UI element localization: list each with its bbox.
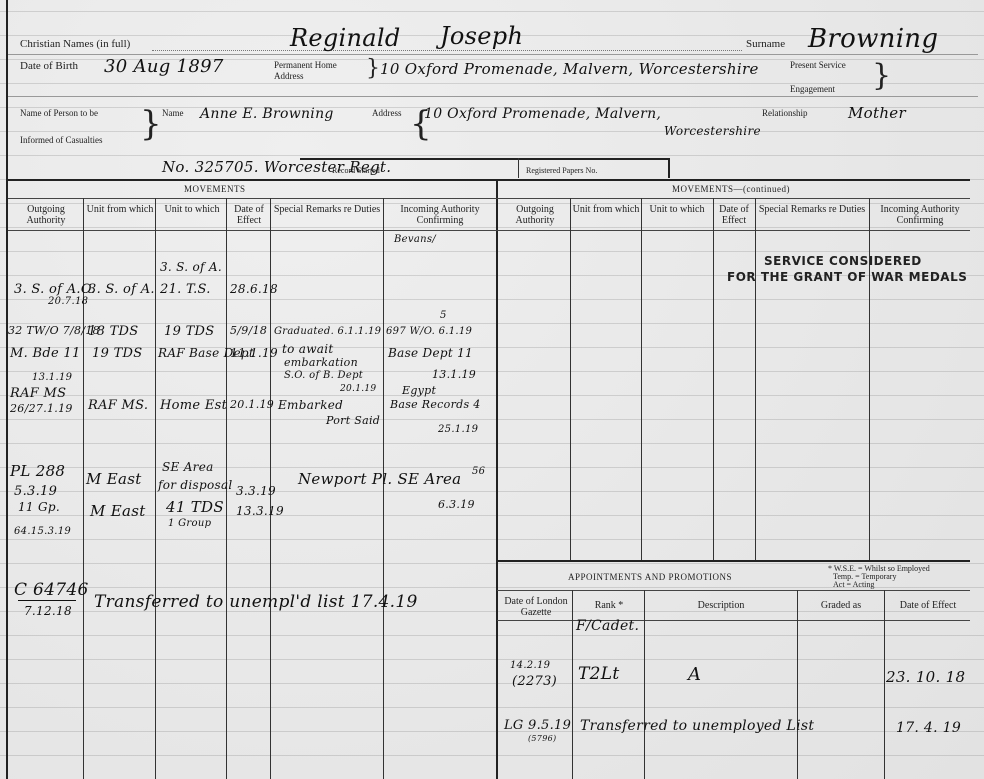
nok-address-label: Address [372,108,402,118]
col-divider [644,590,645,779]
col-divider [383,198,384,779]
movement-from: 3. S. of A. [88,282,155,297]
movement-outgoing-4: 64.15.3.19 [14,526,71,537]
col-graded-as: Graded as [798,600,884,611]
appointment-gazette: 14.2.19 [510,660,550,671]
appointments-header-bottom-rule [497,620,970,621]
col-divider [641,198,642,560]
col-special-remarks: Special Remarks re Duties [272,204,382,215]
col-unit-from: Unit from which [86,204,154,215]
col-divider [755,198,756,560]
col-divider [797,590,798,779]
legend-act: Act = Acting [833,580,874,589]
col-divider [869,198,870,560]
movement-incoming: Egypt [402,384,436,397]
christian-name-1: Reginald [290,24,401,52]
movement-from: 19 TDS [92,346,142,361]
movement-to: Home Est [160,398,227,413]
war-medals-stamp-line-2: FOR THE GRANT OF WAR MEDALS [727,270,967,284]
movement-outgoing-2: 5.3.19 [14,484,57,499]
appointments-subhead-rule [497,590,970,591]
war-medals-stamp-line-1: SERVICE CONSIDERED [764,254,922,268]
movement-incoming: Bevans/ [394,234,436,245]
movement-to: SE Area [162,460,214,474]
nok-address-line-2: Worcestershire [664,124,761,138]
movement-incoming-3: 25.1.19 [438,424,478,435]
col-unit-to: Unit to which [158,204,226,215]
movement-outgoing: M. Bde 11 [10,346,81,361]
movement-from-2: M East [90,502,146,520]
registered-papers-label: Registered Papers No. [526,166,597,175]
engagement-label: Engagement [790,84,835,94]
movement-outgoing-3: 26/27.1.19 [10,402,73,415]
appointments-top-rule [497,560,970,562]
col-divider [884,590,885,779]
christian-name-2: Joseph [440,22,523,50]
movement-incoming: 5 [440,310,447,321]
col-unit-from-cont: Unit from which [572,204,640,215]
movement-incoming-2: 13.1.19 [432,368,476,381]
movement-outgoing: 32 TW/O 7/8/18 [8,324,100,337]
appointment-gazette-ref: (2273) [512,674,557,689]
col-date-of-effect-appt: Date of Effect [886,600,970,611]
movement-date: 11.1.19 [230,346,278,360]
col-divider [713,198,714,560]
home-address-label: Permanent Home [274,60,337,70]
movement-outgoing: 13.1.19 [32,372,72,383]
movement-remarks: Newport Pl. SE Area [298,470,461,488]
movement-incoming-2: 697 W/O. 6.1.19 [386,326,472,337]
christian-names-label: Christian Names (in full) [20,38,130,50]
movement-outgoing: PL 288 [10,462,65,480]
col-outgoing-authority-cont: Outgoing Authority [500,204,570,226]
movement-remarks: Transferred to unempl'd list 17.4.19 [94,592,418,612]
movement-to-2: 21. T.S. [160,282,211,297]
movement-date: 28.6.18 [230,282,278,296]
person-informed-label: Name of Person to be [20,108,98,118]
movement-remarks: Graduated. 6.1.1.19 [274,326,381,337]
person-informed-label-2: Informed of Casualties [20,135,102,145]
nok-name-value: Anne E. Browning [200,106,334,122]
person-informed-brace: } [140,104,162,144]
home-address-brace: } [366,56,380,81]
appointment-rank: F/Cadet. [576,618,639,634]
movement-from: RAF MS. [88,398,148,413]
col-unit-to-cont: Unit to which [642,204,712,215]
movement-outgoing-3: 11 Gp. [18,500,60,514]
relationship-value: Mother [848,104,906,122]
appointment-description: A [688,664,701,685]
surname-label: Surname [746,38,785,50]
nok-name-label: Name [162,108,184,118]
movements-title: MOVEMENTS [184,184,246,194]
header-rule-1 [8,54,978,55]
fraction-bar [18,600,76,601]
col-divider [570,198,571,560]
movement-to-2: for disposal [158,478,233,492]
movement-incoming: Base Dept 11 [388,346,473,360]
record-started-label: Record Started [332,166,380,175]
col-rank: Rank * [574,600,644,611]
movements-header-bottom-rule [8,230,970,231]
record-box-right [668,158,670,178]
record-box-divider [518,158,519,178]
movement-remarks-2: embarkation [284,356,358,369]
movement-incoming-2: 6.3.19 [438,498,475,511]
home-address-label-2: Address [274,71,304,81]
col-incoming-authority-cont: Incoming Authority Confirming [870,204,970,226]
movement-from: M East [86,470,142,488]
movement-to-3: 41 TDS [166,498,224,516]
movement-incoming: 56 [472,466,485,477]
appointment-date-of-effect: 17. 4. 19 [896,720,961,736]
movement-date: 20.1.19 [230,398,274,411]
movement-incoming-2: Base Records 4 [390,398,481,411]
appointment-gazette: LG 9.5.19 [504,718,571,733]
movements-top-rule [8,179,970,181]
home-address-value: 10 Oxford Promenade, Malvern, Worcesters… [380,60,759,78]
movement-date-2: 13.3.19 [236,504,284,518]
movement-date: 3.3.19 [236,484,276,498]
movement-to: 19 TDS [164,324,214,339]
appointments-title: APPOINTMENTS AND PROMOTIONS [568,572,732,582]
appointment-rank: T2Lt [578,664,619,684]
movement-remarks: 20.1.19 [340,384,376,394]
movement-outgoing: 3. S. of A.O. [14,282,95,297]
left-margin-line [6,0,8,779]
movement-remarks-3: Port Said [326,414,380,427]
date-of-birth-value: 30 Aug 1897 [104,56,224,77]
movements-continued-title: MOVEMENTS—(continued) [672,184,790,194]
col-date-of-effect-cont: Date of Effect [714,204,754,226]
col-outgoing-authority: Outgoing Authority [10,204,82,226]
col-special-remarks-cont: Special Remarks re Duties [756,204,868,215]
nok-address-line-1: 10 Oxford Promenade, Malvern, [424,106,661,122]
date-of-birth-label: Date of Birth [20,60,78,72]
record-box-top [300,158,670,160]
relationship-label: Relationship [762,108,808,118]
movement-to-4: 1 Group [168,518,211,529]
col-description: Description [646,600,796,611]
appointment-gazette-ref: (5796) [528,734,556,743]
appointment-description: Transferred to unemployed List [580,718,814,734]
header-rule-2 [8,96,978,97]
appointment-date-of-effect: 23. 10. 18 [886,668,965,686]
movement-remarks-2: Embarked [278,398,343,412]
service-record-card: Christian Names (in full) Reginald Josep… [0,0,984,779]
col-gazette-date: Date of London Gazette [500,596,572,618]
col-date-of-effect: Date of Effect [228,204,270,226]
center-divider [496,179,498,779]
movement-remarks-3: S.O. of B. Dept [284,370,363,381]
col-incoming-authority: Incoming Authority Confirming [386,204,494,226]
movement-to: 3. S. of A. [160,260,222,274]
service-brace: } [872,58,891,93]
present-service-label: Present Service [790,60,846,70]
col-divider [155,198,156,779]
movement-from: 18 TDS [88,324,138,339]
col-divider [572,590,573,779]
christian-names-dotted-line [152,50,742,51]
movement-remarks: to await [282,342,334,356]
surname-value: Browning [808,24,938,54]
movements-subhead-rule [8,198,970,199]
movement-outgoing: C 64746 [14,580,89,600]
movement-outgoing-date: 20.7.18 [48,296,88,307]
movement-outgoing-2: 7.12.18 [24,604,72,618]
movement-date: 5/9/18 [230,324,267,337]
movement-outgoing-2: RAF MS [10,386,66,401]
